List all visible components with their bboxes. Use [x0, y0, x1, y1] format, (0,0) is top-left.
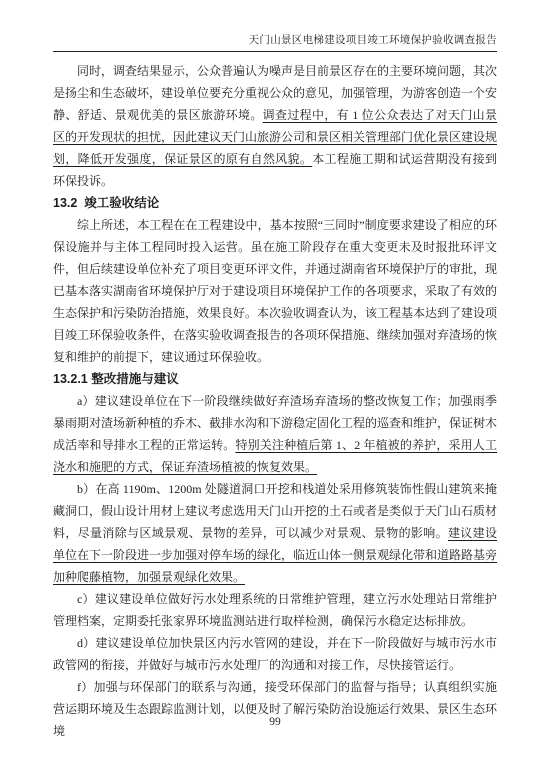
paragraph-item-f: f）加强与环保部门的联系与沟通，接受环保部门的监督与指导；认真组织实施营运期环境… [53, 676, 497, 742]
section-heading-13-2-1: 13.2.1 整改措施与建议 [53, 368, 497, 390]
paragraph-item-b: b）在高 1190m、1200m 处隧道洞口开挖和栈道处采用修筑装饰性假山建筑来… [53, 478, 497, 588]
paragraph-item-a: a）建议建设单位在下一阶段继续做好弃渣场弃渣场的整改恢复工作；加强雨季暴雨期对渣… [53, 390, 497, 478]
page-number: 99 [269, 716, 281, 728]
paragraph-item-c: c）建议建设单位做好污水处理系统的日常维护管理，建立污水处理站日常维护管理档案，… [53, 588, 497, 632]
paragraph-acceptance-conclusion: 综上所述，本工程在在工程建设中，基本按照“三同时”制度要求建设了相应的环保设施并… [53, 214, 497, 368]
paragraph-public-survey: 同时，调查结果显示，公众普遍认为噪声是目前景区存在的主要环境问题，其次是扬尘和生… [53, 60, 497, 192]
paragraph-item-d: d）建议建设单位加快景区内污水管网的建设，并在下一阶段做好与城市污水市政管网的衔… [53, 632, 497, 676]
text-segment: b）在高 1190m、1200m 处隧道洞口开挖和栈道处采用修筑装饰性假山建筑来… [53, 482, 497, 540]
section-heading-13-2: 13.2 竣工验收结论 [53, 192, 497, 214]
page-footer: 99 [0, 716, 550, 728]
page-header: 天门山景区电梯建设项目竣工环境保护验收调查报告 [53, 34, 497, 52]
running-head-title: 天门山景区电梯建设项目竣工环境保护验收调查报告 [53, 34, 497, 47]
document-body: 同时，调查结果显示，公众普遍认为噪声是目前景区存在的主要环境问题，其次是扬尘和生… [53, 60, 497, 742]
document-page: 天门山景区电梯建设项目竣工环境保护验收调查报告 同时，调查结果显示，公众普遍认为… [0, 0, 550, 778]
header-rule [53, 51, 497, 52]
